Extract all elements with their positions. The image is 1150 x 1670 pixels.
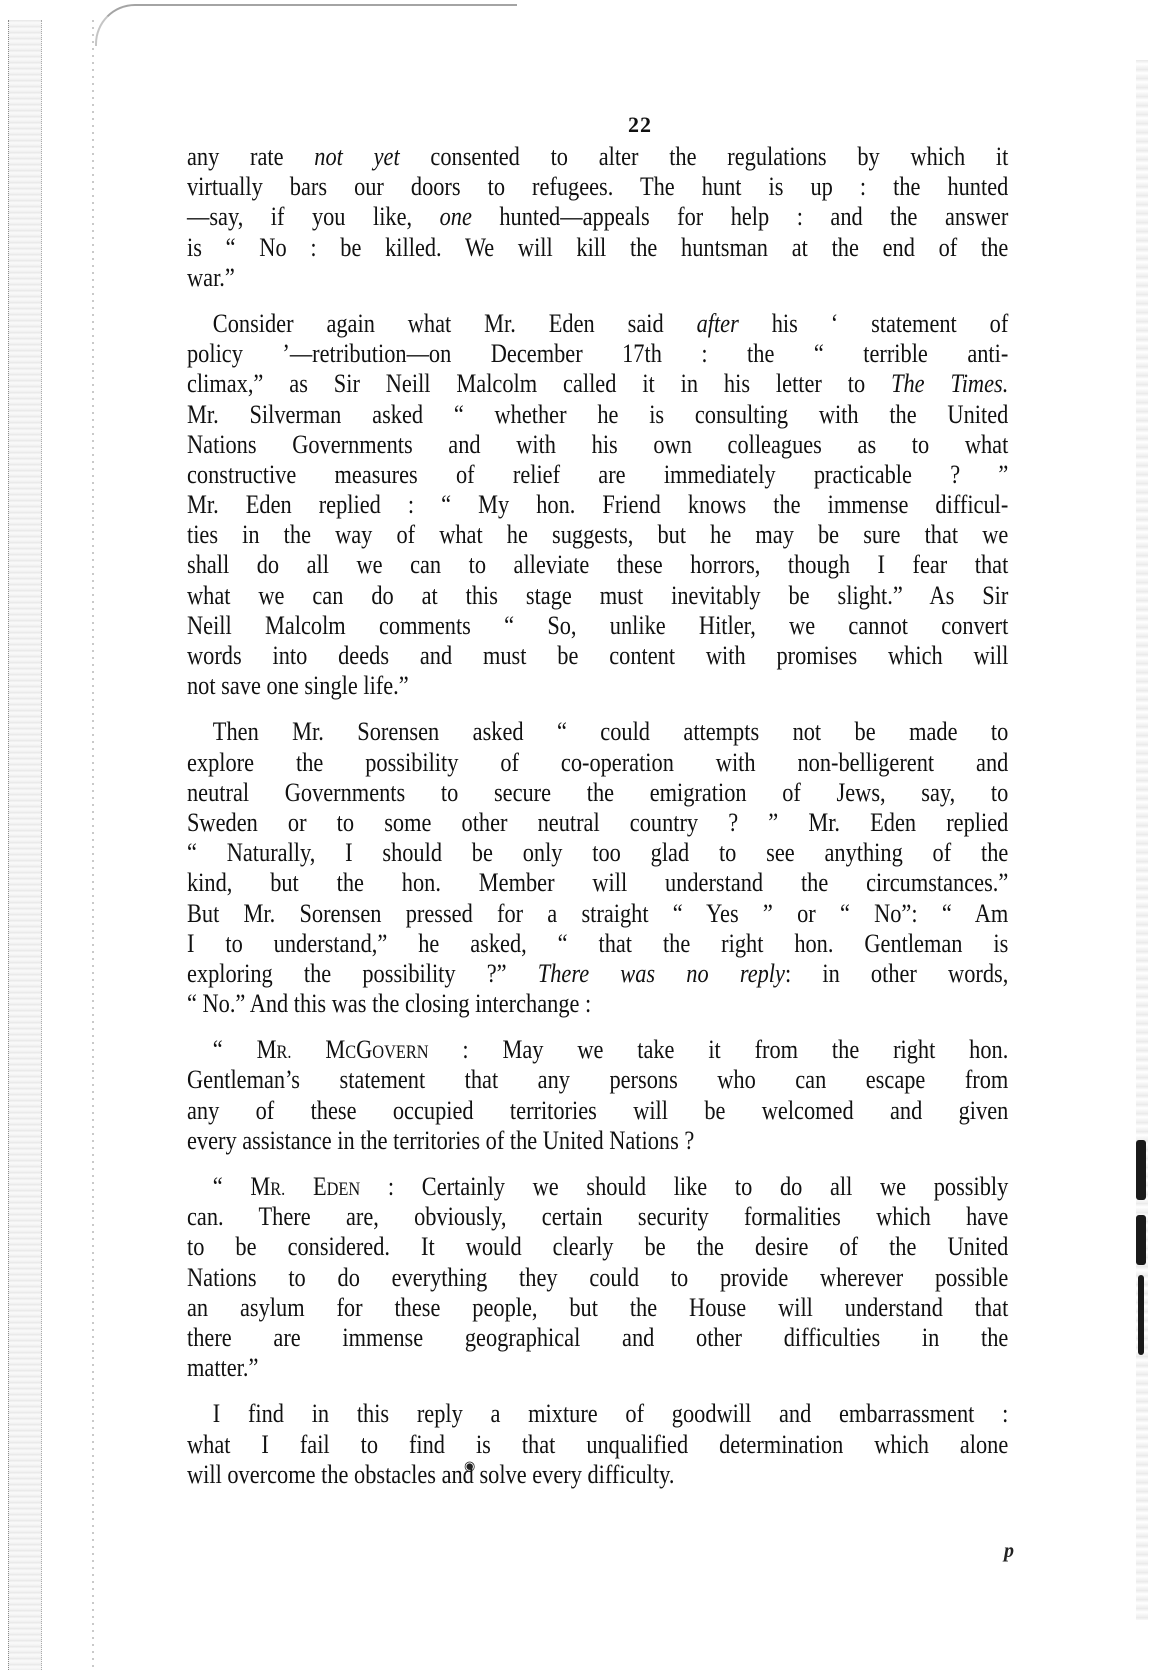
- text-run: Nations Governments and with his own col…: [187, 430, 1008, 459]
- text-run: Consider again what Mr. Eden said: [213, 309, 697, 338]
- italic-run: There was no reply: [538, 959, 785, 988]
- italic-run: The Times.: [891, 369, 1008, 398]
- text-line: I to understand,” he asked, “ that the r…: [187, 929, 1008, 959]
- page-number: 22: [0, 112, 1150, 138]
- text-run: what we can do at this stage must inevit…: [187, 581, 1008, 610]
- text-run: ties in the way of what he suggests, but…: [187, 520, 1008, 549]
- scan-right-blot: [1138, 1275, 1144, 1355]
- italic-run: after: [697, 309, 739, 338]
- text-run: : Certainly we should like to do all we …: [360, 1172, 1008, 1201]
- text-line: will overcome the obstacles and solve ev…: [187, 1460, 1008, 1490]
- paragraph-gap: [187, 1019, 1009, 1035]
- text-run: what I fail to find is that unqualified …: [187, 1430, 1008, 1459]
- text-run: climax,” as Sir Neill Malcolm called it …: [187, 369, 891, 398]
- text-run: But Mr. Sorensen pressed for a straight …: [187, 899, 1008, 928]
- text-line: “ Naturally, I should be only too glad t…: [187, 838, 1008, 868]
- text-line: Nations to do everything they could to p…: [187, 1263, 1008, 1293]
- text-run: can. There are, obviously, certain secur…: [187, 1202, 1008, 1231]
- paragraph-gap: [187, 701, 1009, 717]
- text-line: constructive measures of relief are imme…: [187, 460, 1008, 490]
- text-run: is “ No : be killed. We will kill the hu…: [187, 233, 1008, 262]
- text-run: “: [213, 1172, 251, 1201]
- text-line: Then Mr. Sorensen asked “ could attempts…: [187, 717, 1008, 747]
- text-run: neutral Governments to secure the emigra…: [187, 778, 1008, 807]
- text-line: any rate not yet consented to alter the …: [187, 142, 1008, 172]
- text-line: policy ’—retribution—on December 17th : …: [187, 339, 1008, 369]
- text-run: constructive measures of relief are imme…: [187, 460, 1008, 489]
- text-line: Consider again what Mr. Eden said after …: [187, 309, 1008, 339]
- scan-right-blot: [1136, 1215, 1146, 1265]
- text-line: kind, but the hon. Member will understan…: [187, 868, 1008, 898]
- paragraph-p5: “ MR. EDEN : Certainly we should like to…: [187, 1172, 1009, 1383]
- text-line: climax,” as Sir Neill Malcolm called it …: [187, 369, 1008, 399]
- text-run: policy ’—retribution—on December 17th : …: [187, 339, 1008, 368]
- text-line: Mr. Silverman asked “ whether he is cons…: [187, 400, 1008, 430]
- text-line: Neill Malcolm comments “ So, unlike Hitl…: [187, 611, 1008, 641]
- text-line: ties in the way of what he suggests, but…: [187, 520, 1008, 550]
- text-run: : in other words,: [785, 959, 1008, 988]
- text-line: Sweden or to some other neutral country …: [187, 808, 1008, 838]
- text-line: explore the possibility of co-operation …: [187, 748, 1008, 778]
- text-run: explore the possibility of co-operation …: [187, 748, 1008, 777]
- text-run: Gentleman’s statement that any persons w…: [187, 1065, 1008, 1094]
- text-run: Mr. Eden replied : “ My hon. Friend know…: [187, 490, 1008, 519]
- scan-right-edge: [1136, 60, 1148, 1620]
- paragraph-p6: I find in this reply a mixture of goodwi…: [187, 1399, 1009, 1490]
- paragraph-gap: [187, 1383, 1009, 1399]
- text-run: “ Naturally, I should be only too glad t…: [187, 838, 1008, 867]
- scan-page-corner: [95, 4, 517, 46]
- text-run: kind, but the hon. Member will understan…: [187, 868, 1008, 897]
- text-run: war.”: [187, 263, 235, 292]
- text-line: matter.”: [187, 1353, 1008, 1383]
- body-text: any rate not yet consented to alter the …: [187, 142, 1009, 1490]
- text-line: every assistance in the territories of t…: [187, 1126, 1008, 1156]
- paragraph-p1: any rate not yet consented to alter the …: [187, 142, 1009, 293]
- speaker-name: MR. EDEN: [250, 1172, 360, 1201]
- text-line: an asylum for these people, but the Hous…: [187, 1293, 1008, 1323]
- paragraph-p3: Then Mr. Sorensen asked “ could attempts…: [187, 717, 1009, 1019]
- text-run: there are immense geographical and other…: [187, 1323, 1008, 1352]
- text-run: “ No.” And this was the closing intercha…: [187, 989, 591, 1018]
- text-line: “ MR. MCGOVERN : May we take it from the…: [187, 1035, 1008, 1065]
- text-line: to be considered. It would clearly be th…: [187, 1232, 1008, 1262]
- text-line: Gentleman’s statement that any persons w…: [187, 1065, 1008, 1095]
- text-line: not save one single life.”: [187, 671, 1008, 701]
- scan-binding-line: [92, 20, 94, 1670]
- text-line: any of these occupied territories will b…: [187, 1096, 1008, 1126]
- text-run: hunted—appeals for help : and the answer: [472, 202, 1008, 231]
- text-run: “: [213, 1035, 257, 1064]
- text-run: shall do all we can to alleviate these h…: [187, 550, 1008, 579]
- text-run: Mr. Silverman asked “ whether he is cons…: [187, 400, 1008, 429]
- text-run: any of these occupied territories will b…: [187, 1096, 1008, 1125]
- text-run: Neill Malcolm comments “ So, unlike Hitl…: [187, 611, 1008, 640]
- text-line: But Mr. Sorensen pressed for a straight …: [187, 899, 1008, 929]
- text-run: not save one single life.”: [187, 671, 409, 700]
- text-run: exploring the possibility ?”: [187, 959, 538, 988]
- text-line: “ MR. EDEN : Certainly we should like to…: [187, 1172, 1008, 1202]
- text-line: Mr. Eden replied : “ My hon. Friend know…: [187, 490, 1008, 520]
- italic-run: one: [440, 202, 472, 231]
- text-line: exploring the possibility ?” There was n…: [187, 959, 1008, 989]
- text-run: will overcome the obstacles and solve ev…: [187, 1460, 674, 1489]
- paragraph-gap: [187, 293, 1009, 309]
- text-run: every assistance in the territories of t…: [187, 1126, 694, 1155]
- text-run: I to understand,” he asked, “ that the r…: [187, 929, 1008, 958]
- text-line: is “ No : be killed. We will kill the hu…: [187, 233, 1008, 263]
- text-line: what I fail to find is that unqualified …: [187, 1430, 1008, 1460]
- text-run: : May we take it from the right hon.: [429, 1035, 1009, 1064]
- text-line: words into deeds and must be content wit…: [187, 641, 1008, 671]
- scan-left-edge: [8, 20, 42, 1670]
- text-line: —say, if you like, one hunted—appeals fo…: [187, 202, 1008, 232]
- text-line: there are immense geographical and other…: [187, 1323, 1008, 1353]
- printer-ornament: ◉: [464, 1458, 475, 1474]
- text-run: virtually bars our doors to refugees. Th…: [187, 172, 1008, 201]
- paragraph-p4: “ MR. MCGOVERN : May we take it from the…: [187, 1035, 1009, 1156]
- text-line: can. There are, obviously, certain secur…: [187, 1202, 1008, 1232]
- text-run: I find in this reply a mixture of goodwi…: [213, 1399, 1009, 1428]
- text-run: his ‘ statement of: [739, 309, 1009, 338]
- text-run: Nations to do everything they could to p…: [187, 1263, 1008, 1292]
- text-run: Then Mr. Sorensen asked “ could attempts…: [213, 717, 1009, 746]
- speaker-name: MR. MCGOVERN: [257, 1035, 429, 1064]
- footer-mark: p: [1004, 1540, 1014, 1563]
- text-line: virtually bars our doors to refugees. Th…: [187, 172, 1008, 202]
- text-run: matter.”: [187, 1353, 258, 1382]
- italic-run: not yet: [314, 142, 399, 171]
- text-line: war.”: [187, 263, 1008, 293]
- text-line: neutral Governments to secure the emigra…: [187, 778, 1008, 808]
- text-run: words into deeds and must be content wit…: [187, 641, 1008, 670]
- text-run: consented to alter the regulations by wh…: [400, 142, 1009, 171]
- text-run: Sweden or to some other neutral country …: [187, 808, 1008, 837]
- text-run: —say, if you like,: [187, 202, 440, 231]
- text-run: to be considered. It would clearly be th…: [187, 1232, 1008, 1261]
- text-line: what we can do at this stage must inevit…: [187, 581, 1008, 611]
- text-run: an asylum for these people, but the Hous…: [187, 1293, 1008, 1322]
- paragraph-p2: Consider again what Mr. Eden said after …: [187, 309, 1009, 701]
- text-line: “ No.” And this was the closing intercha…: [187, 989, 1008, 1019]
- scan-right-blot: [1136, 1140, 1146, 1200]
- paragraph-gap: [187, 1156, 1009, 1172]
- text-run: any rate: [187, 142, 314, 171]
- text-line: shall do all we can to alleviate these h…: [187, 550, 1008, 580]
- text-line: Nations Governments and with his own col…: [187, 430, 1008, 460]
- text-line: I find in this reply a mixture of goodwi…: [187, 1399, 1008, 1429]
